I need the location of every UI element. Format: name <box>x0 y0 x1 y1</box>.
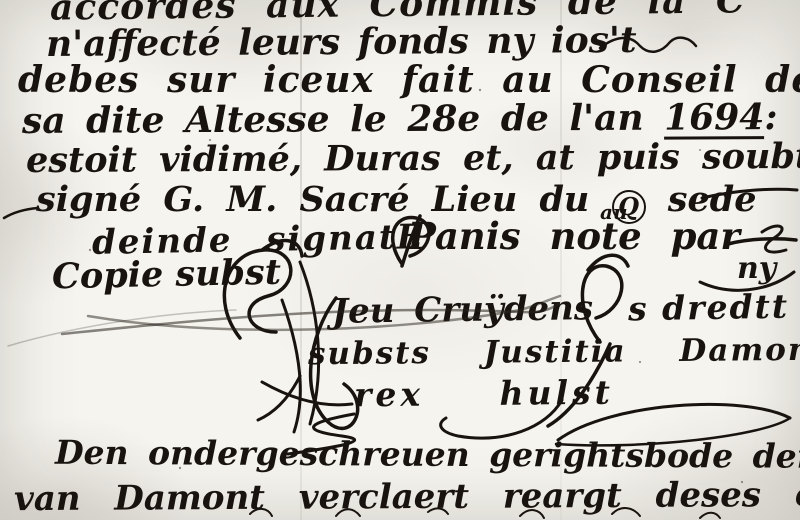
manuscript-scan: accordés aux Commis de la C n'affecté le… <box>0 0 800 520</box>
manuscript-line-5: estoit vidimé, Duras et, at puis soubt <box>26 139 800 178</box>
line-4-colon: : <box>764 96 778 138</box>
flourish-z-squiggle <box>762 226 786 252</box>
dutch-line-2: van Damont verclaert reargt deses of <box>14 478 800 516</box>
signature-title: s dredtt <box>628 290 790 326</box>
line-4-text: sa dite Altesse le 28e de l'an <box>22 97 664 142</box>
edge-mark-ny: ny <box>737 254 776 284</box>
manuscript-line-7-right: Panis note par <box>408 218 740 255</box>
manuscript-line-8: Copie subst <box>52 255 282 295</box>
signature-justitia: substs Justitia Damon <box>308 335 800 370</box>
manuscript-line-2: n'affecté leurs fonds ny ios't <box>46 22 637 62</box>
flourish-faint-diagonal <box>8 310 236 346</box>
dutch-line-1: Den ondergeschreuen gerightsbode der Jus… <box>55 436 800 473</box>
flourish-margin-dash <box>4 208 38 218</box>
signature-name: Jeu Cruÿdens <box>332 291 593 329</box>
flourish-rex-strokes <box>258 376 352 420</box>
superscript-au: au <box>600 200 628 224</box>
signature-hulst: rex hulst <box>354 376 614 412</box>
manuscript-line-3: debes sur iceux fait au Conseil de <box>18 62 800 98</box>
year-1694-underlined: 1694 <box>664 99 764 140</box>
